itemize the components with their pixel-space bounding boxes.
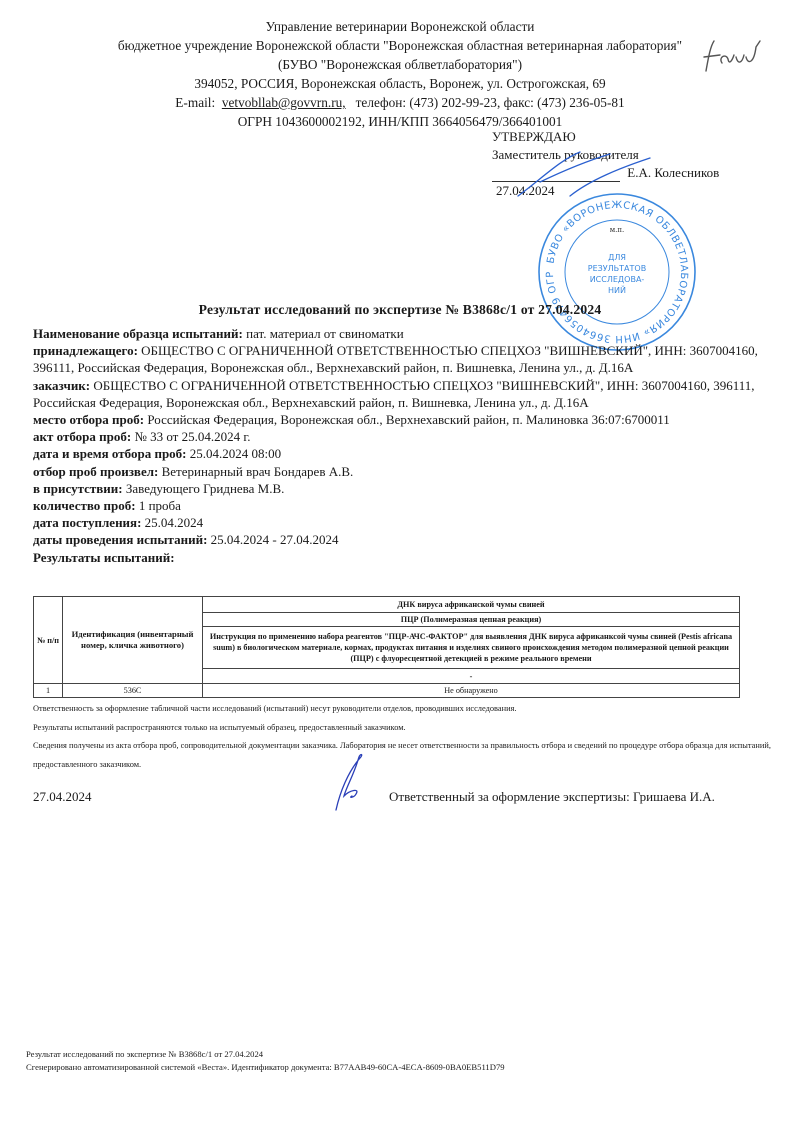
- responsible-person: Ответственный за оформление экспертизы: …: [389, 789, 715, 805]
- svg-text:БУВО «ВОРОНЕЖСКАЯ ОБЛВЕТЛАБОРА: БУВО «ВОРОНЕЖСКАЯ ОБЛВЕТЛАБОРАТОРИЯ» ИНН…: [535, 192, 689, 344]
- sample-info: Наименование образца испытаний: пат. мат…: [33, 325, 773, 566]
- approval-name: Е.А. Колесников: [627, 165, 719, 180]
- email-link[interactable]: vetvobllab@govvrn.ru,: [222, 95, 346, 110]
- note: Ответственность за оформление табличной …: [33, 700, 783, 719]
- field-value: ОБЩЕСТВО С ОГРАНИЧЕННОЙ ОТВЕТСТВЕННОСТЬЮ…: [33, 343, 758, 375]
- header-unit: -: [203, 669, 740, 684]
- field-value: ОБЩЕСТВО С ОГРАНИЧЕННОЙ ОТВЕТСТВЕННОСТЬЮ…: [33, 378, 755, 410]
- approval-title: УТВЕРЖДАЮ: [492, 128, 719, 146]
- footer-line: Сгенерировано автоматизированной системо…: [26, 1061, 505, 1074]
- field-receipt-date: дата поступления: 25.04.2024: [33, 514, 773, 531]
- field-test-dates: даты проведения испытаний: 25.04.2024 - …: [33, 531, 773, 548]
- field-label: количество проб:: [33, 498, 136, 513]
- signature-underline: [492, 167, 620, 182]
- results-table: № п/п Идентификация (инвентарный номер, …: [33, 596, 740, 698]
- field-value: пат. материал от свиноматки: [246, 326, 404, 341]
- field-sample-name: Наименование образца испытаний: пат. мат…: [33, 325, 773, 342]
- header-line: Управление ветеринарии Воронежской облас…: [0, 17, 800, 36]
- field-value: 1 проба: [139, 498, 181, 513]
- svg-text:ИССЛЕДОВА-: ИССЛЕДОВА-: [590, 275, 645, 284]
- document-title: Результат исследований по экспертизе № В…: [0, 302, 800, 318]
- cell-id: 536С: [63, 684, 203, 698]
- svg-text:РЕЗУЛЬТАТОВ: РЕЗУЛЬТАТОВ: [588, 264, 646, 273]
- field-label: дата поступления:: [33, 515, 141, 530]
- field-sampling-datetime: дата и время отбора проб: 25.04.2024 08:…: [33, 445, 773, 462]
- field-value: Ветеринарный врач Бондарев А.В.: [162, 464, 354, 479]
- email-label: E-mail:: [175, 95, 215, 110]
- field-customer: заказчик: ОБЩЕСТВО С ОГРАНИЧЕННОЙ ОТВЕТС…: [33, 377, 773, 411]
- header-line: 394052, РОССИЯ, Воронежская область, Вор…: [0, 74, 800, 93]
- signoff-date: 27.04.2024: [33, 789, 92, 805]
- svg-text:м.п.: м.п.: [610, 226, 625, 234]
- approval-signature-line: Е.А. Колесников: [492, 164, 719, 182]
- field-label: в присутствии:: [33, 481, 123, 496]
- organization-header: Управление ветеринарии Воронежской облас…: [0, 17, 800, 131]
- approval-date: 27.04.2024: [492, 182, 719, 200]
- cell-result: Не обнаружено: [203, 684, 740, 698]
- header-indicator: ДНК вируса африканской чумы свиней: [203, 597, 740, 613]
- field-label: место отбора проб:: [33, 412, 144, 427]
- field-sampling-place: место отбора проб: Российская Федерация,…: [33, 411, 773, 428]
- header-identification: Идентификация (инвентарный номер, кличка…: [63, 597, 203, 684]
- field-results-heading: Результаты испытаний:: [33, 549, 773, 566]
- svg-text:НИЙ: НИЙ: [608, 284, 626, 295]
- field-value: 25.04.2024: [145, 515, 204, 530]
- cell-num: 1: [34, 684, 63, 698]
- field-owner: принадлежащего: ОБЩЕСТВО С ОГРАНИЧЕННОЙ …: [33, 342, 773, 376]
- field-value: Российская Федерация, Воронежская обл., …: [147, 412, 669, 427]
- phones: телефон: (473) 202-99-23, факс: (473) 23…: [356, 95, 625, 110]
- footer-line: Результат исследований по экспертизе № В…: [26, 1048, 505, 1061]
- field-label: Наименование образца испытаний:: [33, 326, 243, 341]
- field-value: 25.04.2024 08:00: [190, 446, 281, 461]
- field-sample-count: количество проб: 1 проба: [33, 497, 773, 514]
- field-label: отбор проб произвел:: [33, 464, 158, 479]
- field-label: дата и время отбора проб:: [33, 446, 187, 461]
- page-footer: Результат исследований по экспертизе № В…: [26, 1048, 505, 1074]
- field-sampling-act: акт отбора проб: № 33 от 25.04.2024 г.: [33, 428, 773, 445]
- field-label: Результаты испытаний:: [33, 550, 175, 565]
- field-value: № 33 от 25.04.2024 г.: [134, 429, 250, 444]
- field-label: даты проведения испытаний:: [33, 532, 207, 547]
- approval-block: УТВЕРЖДАЮ Заместитель руководителя Е.А. …: [492, 128, 719, 200]
- header-num: № п/п: [34, 597, 63, 684]
- note: Сведения получены из акта отбора проб, с…: [33, 737, 783, 774]
- svg-text:ДЛЯ: ДЛЯ: [608, 253, 626, 262]
- header-line: (БУВО "Воронежская облветлаборатория"): [0, 55, 800, 74]
- note: Результаты испытаний распространяются то…: [33, 719, 783, 738]
- header-method: ПЦР (Полимеразная цепная реакция): [203, 613, 740, 627]
- field-label: заказчик:: [33, 378, 90, 393]
- field-presence: в присутствии: Заведующего Гриднева М.В.: [33, 480, 773, 497]
- contacts-line: E-mail: vetvobllab@govvrn.ru, телефон: (…: [0, 93, 800, 112]
- notes: Ответственность за оформление табличной …: [33, 700, 783, 774]
- header-nd-document: Инструкция по применению набора реагенто…: [203, 627, 740, 669]
- field-value: Заведующего Гриднева М.В.: [126, 481, 285, 496]
- header-line: бюджетное учреждение Воронежской области…: [0, 36, 800, 55]
- field-sampled-by: отбор проб произвел: Ветеринарный врач Б…: [33, 463, 773, 480]
- field-value: 25.04.2024 - 27.04.2024: [211, 532, 339, 547]
- approval-position: Заместитель руководителя: [492, 146, 719, 164]
- field-label: акт отбора проб:: [33, 429, 131, 444]
- table-row: 1 536С Не обнаружено: [34, 684, 740, 698]
- field-label: принадлежащего:: [33, 343, 138, 358]
